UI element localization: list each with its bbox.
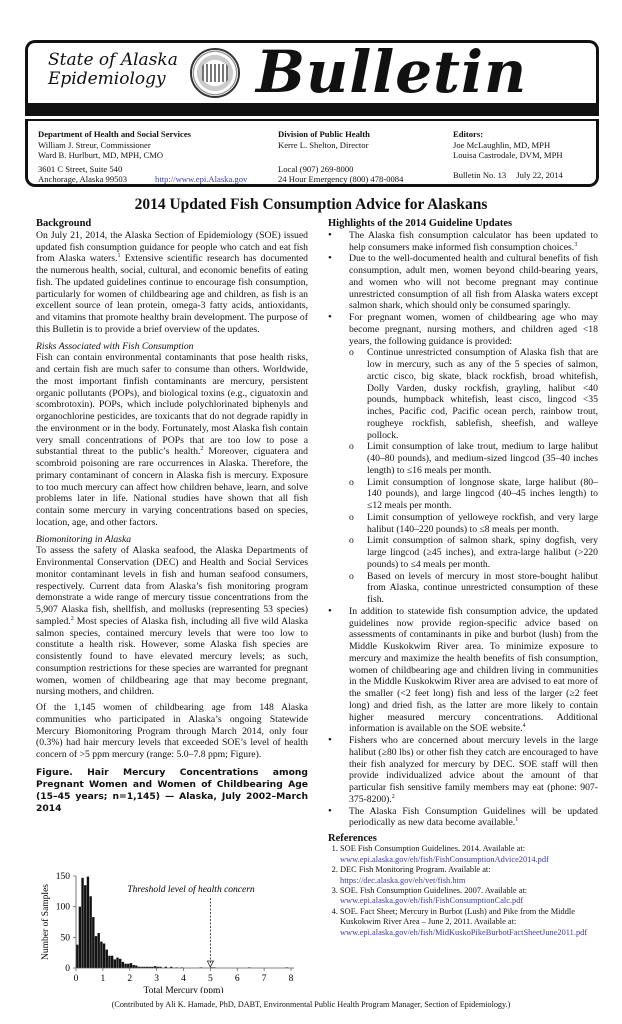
address-1: 3601 C Street, Suite 540 <box>38 164 278 175</box>
guidance-sublist: Continue unrestricted consumption of Ala… <box>349 347 598 606</box>
bulletin-date: July 22, 2014 <box>516 170 563 180</box>
background-heading: Background <box>36 218 308 230</box>
women-paragraph: Of the 1,145 women of childbearing age f… <box>36 702 308 761</box>
guidance-item: Continue unrestricted consumption of Ala… <box>349 347 598 441</box>
contributor-footer: (Contributed by Ali K. Hamade, PhD, DABT… <box>0 1000 622 1009</box>
highlight-item: In addition to statewide fish consumptio… <box>328 606 598 735</box>
masthead: State of Alaska Epidemiology Bulletin <box>25 40 599 105</box>
svg-text:6: 6 <box>235 974 240 984</box>
website-link[interactable]: http://www.epi.Alaska.gov <box>155 174 247 184</box>
guidance-item: Limit consumption of longnose skate, lar… <box>349 477 598 512</box>
org-line-1: State of Alaska <box>48 51 178 70</box>
svg-text:50: 50 <box>61 933 71 943</box>
highlight-item: Due to the well-documented health and cu… <box>328 253 598 312</box>
biomonitoring-heading: Biomonitoring in Alaska <box>36 534 308 546</box>
risks-paragraph: Fish can contain environmental contamina… <box>36 352 308 528</box>
editor-2: Louisa Castrodale, DVM, MPH <box>453 150 593 161</box>
highlights-list: The Alaska fish consumption calculator h… <box>328 230 598 829</box>
risks-heading: Risks Associated with Fish Consumption <box>36 341 308 353</box>
highlights-heading: Highlights of the 2014 Guideline Updates <box>328 218 598 230</box>
director: Kerre L. Shelton, Director <box>278 140 448 151</box>
mercury-histogram: 012345678050100150Number of SamplesTotal… <box>36 868 306 993</box>
reference-link[interactable]: www.epi.alaska.gov/eh/fish/FishConsumpti… <box>340 855 549 864</box>
state-seal-icon <box>190 48 240 98</box>
masthead-divider <box>25 103 599 116</box>
highlight-item: For pregnant women, women of childbearin… <box>328 312 598 606</box>
svg-text:Total Mercury (ppm): Total Mercury (ppm) <box>143 985 223 993</box>
address-2: Anchorage, Alaska 99503 <box>38 174 127 184</box>
dept-info: Department of Health and Social Services… <box>38 129 278 185</box>
right-column: Highlights of the 2014 Guideline Updates… <box>328 218 598 938</box>
reference-item: SOE. Fact Sheet; Mercury in Burbot (Lush… <box>340 907 598 938</box>
guidance-item: Limit consumption of lake trout, medium … <box>349 441 598 476</box>
biomonitoring-paragraph: To assess the safety of Alaska seafood, … <box>36 545 308 698</box>
org-line-2: Epidemiology <box>48 70 178 89</box>
phone-emergency: 24 Hour Emergency (800) 478-0084 <box>278 174 448 185</box>
svg-text:2: 2 <box>127 974 132 984</box>
cmo: Ward B. Hurlburt, MD, MPH, CMO <box>38 150 278 161</box>
svg-text:150: 150 <box>56 872 71 882</box>
references: References SOE Fish Consumption Guidelin… <box>328 834 598 938</box>
bulletin-number: Bulletin No. 13 <box>453 170 506 180</box>
svg-text:Number of Samples: Number of Samples <box>40 884 51 960</box>
commissioner: William J. Streur, Commissioner <box>38 140 278 151</box>
dept-name: Department of Health and Social Services <box>38 129 278 140</box>
division-info: Division of Public Health Kerre L. Shelt… <box>278 129 448 185</box>
editor-1: Joe McLaughlin, MD, MPH <box>453 140 593 151</box>
headline: 2014 Updated Fish Consumption Advice for… <box>0 196 622 214</box>
background-paragraph: On July 21, 2014, the Alaska Section of … <box>36 230 308 336</box>
address-row: Anchorage, Alaska 99503http://www.epi.Al… <box>38 174 278 185</box>
left-column: Background On July 21, 2014, the Alaska … <box>36 218 308 815</box>
info-box: Department of Health and Social Services… <box>25 119 599 187</box>
svg-text:7: 7 <box>262 974 267 984</box>
references-heading: References <box>328 834 598 844</box>
reference-item: DEC Fish Monitoring Program. Available a… <box>340 865 598 886</box>
svg-text:Threshold level of health conc: Threshold level of health concern <box>127 884 255 895</box>
svg-text:0: 0 <box>65 964 70 974</box>
guidance-item: Limit consumption of salmon shark, spiny… <box>349 535 598 570</box>
editors-info: Editors: Joe McLaughlin, MD, MPH Louisa … <box>453 129 593 180</box>
svg-text:4: 4 <box>181 974 186 984</box>
guidance-item: Limit consumption of yelloweye rockfish,… <box>349 512 598 536</box>
org-name: State of Alaska Epidemiology <box>48 51 178 89</box>
svg-text:8: 8 <box>289 974 294 984</box>
division-name: Division of Public Health <box>278 129 448 140</box>
bulletin-meta: Bulletin No. 13July 22, 2014 <box>453 170 593 181</box>
guidance-item: Based on levels of mercury in most store… <box>349 571 598 606</box>
svg-text:100: 100 <box>56 903 71 913</box>
svg-text:5: 5 <box>208 974 213 984</box>
highlight-item: Fishers who are concerned about mercury … <box>328 735 598 806</box>
reference-link[interactable]: www.epi.alaska.gov/eh/fish/MidKuskoPikeB… <box>340 928 587 937</box>
editors-label: Editors: <box>453 129 593 140</box>
bulletin-title: Bulletin <box>256 37 527 107</box>
svg-text:3: 3 <box>154 974 159 984</box>
references-list: SOE Fish Consumption Guidelines. 2014. A… <box>328 844 598 938</box>
highlight-item: The Alaska Fish Consumption Guidelines w… <box>328 806 598 830</box>
phone-local: Local (907) 269-8000 <box>278 164 448 175</box>
reference-item: SOE Fish Consumption Guidelines. 2014. A… <box>340 844 598 865</box>
reference-link[interactable]: www.epi.alaska.gov/eh/fish/FishConsumpti… <box>340 896 523 905</box>
svg-text:1: 1 <box>101 974 106 984</box>
highlight-item: The Alaska fish consumption calculator h… <box>328 230 598 254</box>
figure-caption: Figure. Hair Mercury Concentrations amon… <box>36 767 308 815</box>
reference-link[interactable]: https://dec.alaska.gov/eh/vet/fish.htm <box>340 876 465 885</box>
reference-item: SOE. Fish Consumption Guidelines. 2007. … <box>340 886 598 907</box>
svg-text:0: 0 <box>74 974 79 984</box>
